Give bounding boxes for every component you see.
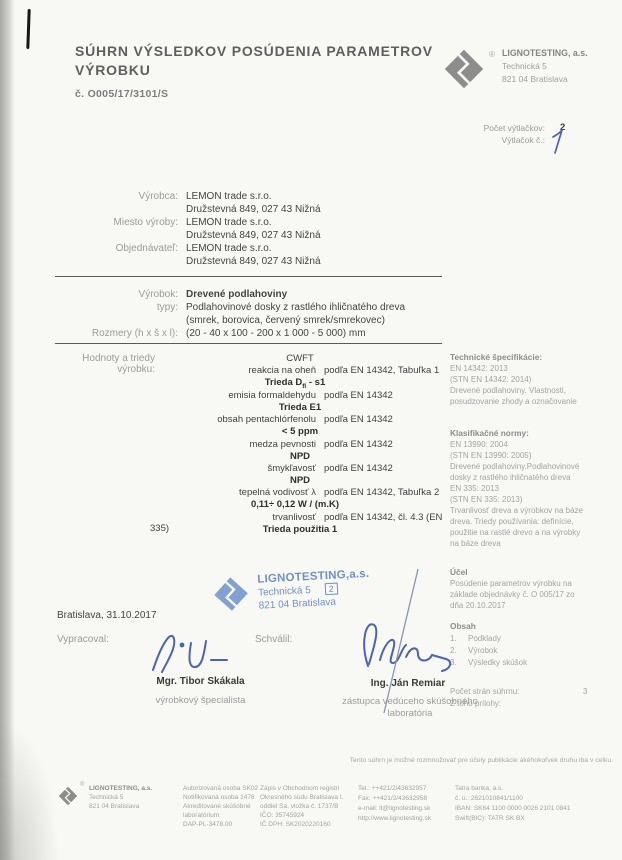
purpose-line: dňa 20.10.2017 [450, 600, 620, 611]
classification-norms-line: EN 13990: 2004 [450, 439, 620, 450]
company-logo-icon [441, 46, 487, 92]
assessment-label: Hodnoty a triedy výrobku: [35, 353, 155, 375]
product-type-label: typy: [40, 302, 178, 313]
scanned-document-page: SÚHRN VÝSLEDKOV POSÚDENIA PARAMETROV VÝR… [0, 0, 622, 860]
param-name: medza pevnosti [150, 439, 316, 450]
contents-item-label: Podklady [468, 634, 501, 643]
dimensions-label: Rozmery (h x š x l): [30, 328, 178, 339]
stamp-number-box: 2 [324, 583, 338, 596]
tech-specs-line: EN 14342: 2013 [450, 363, 620, 374]
approved-role-line1: zástupca vedúceho skúšobného [305, 696, 515, 708]
product-type-line1: Podlahovinové dosky z rastlého ihličnaté… [186, 302, 405, 313]
production-place-name: LEMON trade s.r.o. [186, 217, 272, 228]
classification-norms-line: (STN EN 335: 2013) [450, 494, 620, 505]
assessment-row-fire: reakcia na oheňpodľa EN 14342, Tabuľka 1 [150, 365, 460, 376]
classification-norms-line: Trvanlivosť dreva a výrobkov na báze [450, 505, 620, 516]
footer-fax: Fax: ++421/2/43632958 [358, 794, 431, 804]
place-date: Bratislava, 31.10.2017 [57, 610, 157, 621]
prepared-role: výrobkový špecialista [133, 695, 268, 707]
product-type-line2: (smrek, borovica, červený smrek/smrekove… [186, 315, 385, 326]
footer-registered-mark: ® [80, 782, 84, 788]
company-stamp: LIGNOTESTING,a.s. Technická 5 2 821 04 B… [210, 567, 371, 615]
divider-line-2 [55, 343, 442, 344]
assessment-row-slip: šmykľavosťpodľa EN 14342 [150, 463, 460, 474]
pen-stroke-line [368, 565, 430, 717]
param-name: tepelná vodivosť λ [150, 487, 316, 498]
assessment-result-thermal: 0,11÷ 0,12 W / (m.K) [180, 499, 410, 510]
param-norm: podľa EN 14342, Tabuľka 1 [324, 365, 439, 376]
param-name: trvanlivosť [150, 512, 316, 523]
assessment-result-pcp: < 5 ppm [185, 426, 415, 437]
footer-bank-name: Tatra banka, a.s. [455, 784, 571, 794]
classification-norms-line: dosky z rastlého ihličnatého dreva [450, 472, 620, 483]
tech-specs-line: posudzovanie zhody a označovanie [450, 396, 620, 407]
product-name: Drevené podlahoviny [186, 289, 287, 300]
company-address-block: LIGNOTESTING, a.s. Technická 5 821 04 Br… [502, 47, 588, 86]
param-name: emisia formaldehydu [150, 390, 316, 401]
footer-accreditation-line: Autorizovaná osoba SK02 [183, 784, 258, 793]
pages-count-value: 3 [583, 686, 603, 697]
company-street: Technická 5 [502, 60, 588, 73]
footer-logo-icon [57, 785, 79, 807]
purpose-line: základe objednávky č. O 005/17 zo [450, 589, 620, 600]
footer-registry-block: Zápis v Obchodnom registri Okresného súd… [260, 784, 343, 829]
footer-registry-line: oddiel Sa, vložka č. 1737/B [260, 802, 343, 811]
param-name: šmykľavosť [150, 463, 316, 474]
assessment-result-formaldehyde: Trieda E1 [185, 402, 415, 413]
divider-line-1 [55, 276, 442, 277]
contents-item-label: Výrobok [468, 646, 497, 655]
approved-role: zástupca vedúceho skúšobného laboratória [305, 696, 515, 720]
prepared-signature [145, 626, 245, 678]
param-norm: podľa EN 14342 [324, 414, 393, 425]
tech-specs-text: EN 14342: 2013 (STN EN 14342: 2014) Drev… [450, 363, 620, 407]
param-norm: podľa EN 14342 [324, 390, 393, 401]
approved-role-line2: laboratória [305, 708, 515, 720]
assessment-row-strength: medza pevnostipodľa EN 14342 [150, 439, 460, 450]
footer-contact-block: Tel.: ++421/2/43632957 Fax: ++421/2/4363… [358, 784, 431, 824]
prepared-name: Mgr. Tibor Skákala [138, 676, 263, 687]
copy-notice: Tento súhrn je možné rozmnožovať pre úče… [213, 757, 613, 764]
scan-line-artifact [26, 9, 30, 49]
footer-company-street: Technická 5 [89, 793, 152, 802]
registered-mark: ® [489, 50, 495, 59]
classification-norms-line: EN 335: 2013 [450, 483, 620, 494]
document-number: č. O005/17/3101/S [75, 88, 168, 100]
classification-norms-title: Klasifikačné normy: [450, 428, 529, 438]
footer-company-block: LIGNOTESTING, a.s. Technická 5 821 04 Br… [89, 784, 152, 811]
scan-corner-shadow [0, 720, 60, 860]
param-name: obsah pentachlórfenolu [150, 414, 316, 425]
contents-item-label: Výsledky skúšok [468, 658, 527, 667]
production-place-label: Miesto výroby: [40, 217, 178, 228]
manufacturer-label: Výrobca: [40, 191, 178, 202]
classification-norms-line: (STN EN 13990: 2005) [450, 450, 620, 461]
footer-phone: Tel.: ++421/2/43632957 [358, 784, 431, 794]
assessment-row-thermal: tepelná vodivosť λpodľa EN 14342, Tabuľk… [150, 487, 460, 498]
copy-number-label: Výtlačok č.: [430, 135, 545, 145]
assessment-result-durability: Trieda použitia 1 [185, 524, 415, 535]
footer-company-name: LIGNOTESTING, a.s. [89, 784, 152, 793]
handwritten-copy-number [549, 127, 567, 157]
footer-accreditation-line: DAP-PL-3478.00 [183, 820, 258, 829]
param-norm: podľa EN 14342, Tabuľka 2 [324, 487, 439, 498]
assessment-label-line2: výrobku: [35, 364, 155, 375]
approved-by-label: Schválil: [255, 634, 292, 645]
contents-list: 1.Podklady 2.Výrobok 3.Výsledky skúšok [450, 633, 620, 669]
footer-accreditation-block: Autorizovaná osoba SK02 Notifikovaná oso… [183, 784, 258, 829]
prepared-by-label: Vypracoval: [57, 634, 109, 645]
dimensions-value: (20 - 40 x 100 - 200 x 1 000 - 5 000) mm [186, 328, 366, 339]
assessment-result-strength: NPD [185, 451, 415, 462]
footer-bank-account: č. ú.: 2621010841/1100 [455, 794, 571, 804]
contents-item: 3.Výsledky skúšok [450, 657, 620, 669]
classification-norms-text: EN 13990: 2004 (STN EN 13990: 2005) Drev… [450, 439, 620, 549]
footer-email: e-mail: lt@lignotesting.sk [358, 804, 431, 814]
manufacturer-name: LEMON trade s.r.o. [186, 191, 272, 202]
footer-accreditation-line: Notifikovaná osoba 1478 [183, 793, 258, 802]
copies-count-label: Počet výtlačkov: [430, 123, 545, 133]
purpose-text: Posúdenie parametrov výrobku na základe … [450, 578, 620, 611]
footer-registry-line: IČO: 35745924 [260, 811, 343, 820]
result-main: Trieda D [265, 377, 303, 388]
result-tail: - s1 [306, 377, 325, 388]
customer-label: Objednávateľ: [40, 243, 178, 254]
purpose-line: Posúdenie parametrov výrobku na [450, 578, 620, 589]
manufacturer-address: Družstevná 849, 027 43 Nižná [186, 204, 321, 215]
footer-bank-swift: Swift(BIC): TATR SK BX [455, 814, 571, 824]
customer-name: LEMON trade s.r.o. [186, 243, 272, 254]
assessment-row-pcp: obsah pentachlórfenolupodľa EN 14342 [150, 414, 460, 425]
classification-norms-line: na báze dreva [450, 538, 620, 549]
tech-specs-line: Drevené podlahoviny. Vlastnosti, [450, 385, 620, 396]
cwft-label: CWFT [185, 353, 415, 364]
footer-registry-line: Okresného súdu Bratislava I. [260, 793, 343, 802]
tech-specs-line: (STN EN 14342: 2014) [450, 374, 620, 385]
param-norm: podľa EN 14342 [324, 463, 393, 474]
param-name: reakcia na oheň [150, 365, 316, 376]
stamp-text: LIGNOTESTING,a.s. Technická 5 2 821 04 B… [257, 567, 371, 612]
assessment-result-fire: Trieda Dfl - s1 [180, 377, 410, 390]
footer-registry-line: Zápis v Obchodnom registri [260, 784, 343, 793]
assessment-row-formaldehyde: emisia formaldehydupodľa EN 14342 [150, 390, 460, 401]
footer-website: http://www.lignotesting.sk [358, 814, 431, 824]
param-norm: podľa EN 14342 [324, 439, 393, 450]
contents-item: 2.Výrobok [450, 645, 620, 657]
customer-address: Družstevná 849, 027 43 Nižná [186, 256, 321, 267]
approved-name: Ing. Ján Remiar [348, 678, 468, 689]
classification-norms-line: použitie na rastlé drevo a na výrobky [450, 527, 620, 538]
classification-norms-line: dreva. Triedy používania: definície, [450, 516, 620, 527]
company-name: LIGNOTESTING, a.s. [502, 47, 588, 60]
contents-item: 1.Podklady [450, 633, 620, 645]
footer-bank-block: Tatra banka, a.s. č. ú.: 2621010841/1100… [455, 784, 571, 824]
classification-norms-line: Drevené podlahoviny.Podlahovinové [450, 461, 620, 472]
production-place-address: Družstevná 849, 027 43 Nižná [186, 230, 321, 241]
assessment-result-slip: NPD [185, 475, 415, 486]
company-city: 821 04 Bratislava [502, 73, 588, 86]
footer-accreditation-line: Akreditované skúšobné [183, 802, 258, 811]
purpose-title: Účel [450, 567, 468, 577]
product-label: Výrobok: [40, 289, 178, 300]
footer-accreditation-line: laboratórium [183, 811, 258, 820]
footer-bank-iban: IBAN: SK64 1100 0000 0026 2101 0841 [455, 804, 571, 814]
footer-company-city: 821 04 Bratislava [89, 802, 152, 811]
footer-registry-line: IČ DPH: SK2020220160 [260, 820, 343, 829]
stamp-logo-icon [210, 573, 252, 615]
assessment-label-line1: Hodnoty a triedy [35, 353, 155, 364]
tech-specs-title: Technické špecifikácie: [450, 352, 542, 362]
